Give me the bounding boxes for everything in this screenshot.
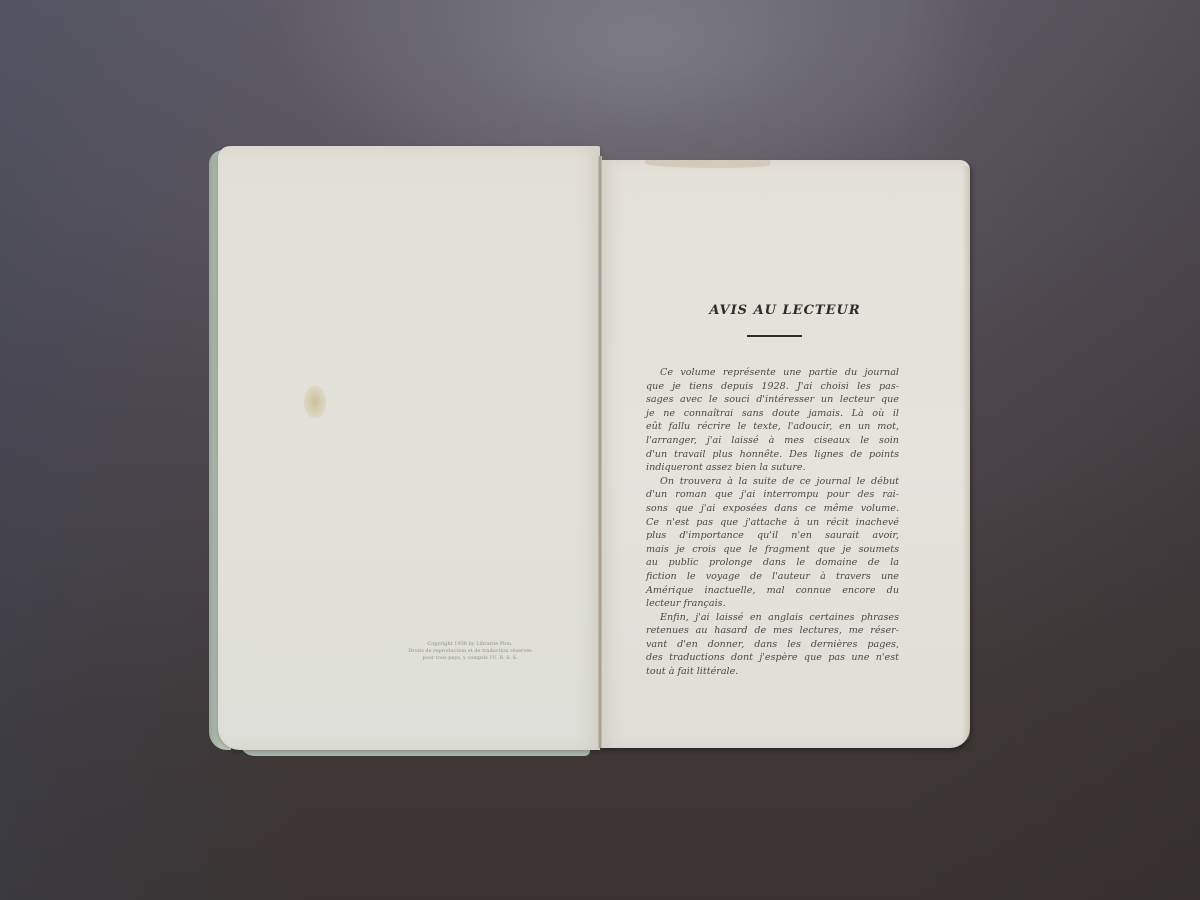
text-line: d'un roman que j'ai interrompu pour des …	[646, 488, 899, 502]
text-line: lecteur français.	[646, 597, 899, 611]
text-line: Amérique inactuelle, mal connue encore d…	[646, 584, 899, 598]
text-line: au public prolonge dans le domaine de la	[646, 556, 899, 570]
text-line: d'un travail plus honnête. Des lignes de…	[646, 448, 899, 462]
text-line: des traductions dont j'espère que pas un…	[646, 651, 899, 665]
book-gutter	[598, 156, 602, 748]
text-line: mais je crois que le fragment que je sou…	[646, 543, 899, 557]
text-line: vant d'en donner, dans les dernières pag…	[646, 638, 899, 652]
open-book: Copyright 1938 by Librairie Plon. Droits…	[0, 0, 1200, 900]
paper-stain	[304, 386, 326, 418]
text-line: Ce volume représente une partie du journ…	[646, 366, 899, 380]
title-rule	[747, 335, 802, 337]
text-line: je ne connaîtrai sans doute jamais. Là o…	[646, 407, 899, 421]
copyright-line-1: Copyright 1938 by Librairie Plon.	[375, 641, 565, 648]
text-line: tout à fait littérale.	[646, 665, 899, 679]
text-line: Ce n'est pas que j'attache à un récit in…	[646, 516, 899, 530]
text-line: eût fallu récrire le texte, l'adoucir, e…	[646, 420, 899, 434]
text-line: Enfin, j'ai laissé en anglais certaines …	[646, 611, 899, 625]
page-title: AVIS AU LECTEUR	[600, 303, 970, 318]
text-line: que je tiens depuis 1928. J'ai choisi le…	[646, 380, 899, 394]
text-line: l'arranger, j'ai laissé à mes ciseaux le…	[646, 434, 899, 448]
text-line: sages avec le souci d'intéresser un lect…	[646, 393, 899, 407]
copyright-line-3: pour tous pays, y compris l'U. R. S. S.	[375, 655, 565, 662]
copyright-line-2: Droits de reproduction et de traduction …	[375, 648, 565, 655]
text-line: indiqueront assez bien la suture.	[646, 461, 899, 475]
copyright-notice: Copyright 1938 by Librairie Plon. Droits…	[375, 641, 565, 662]
text-line: plus d'importance qu'il n'en saurait avo…	[646, 529, 899, 543]
text-line: retenues au hasard de mes lectures, me r…	[646, 624, 899, 638]
foreword-text: Ce volume représente une partie du journ…	[646, 366, 899, 679]
text-line: On trouvera à la suite de ce journal le …	[646, 475, 899, 489]
text-line: fiction le voyage de l'auteur à travers …	[646, 570, 899, 584]
text-line: sons que j'ai exposées dans ce même volu…	[646, 502, 899, 516]
